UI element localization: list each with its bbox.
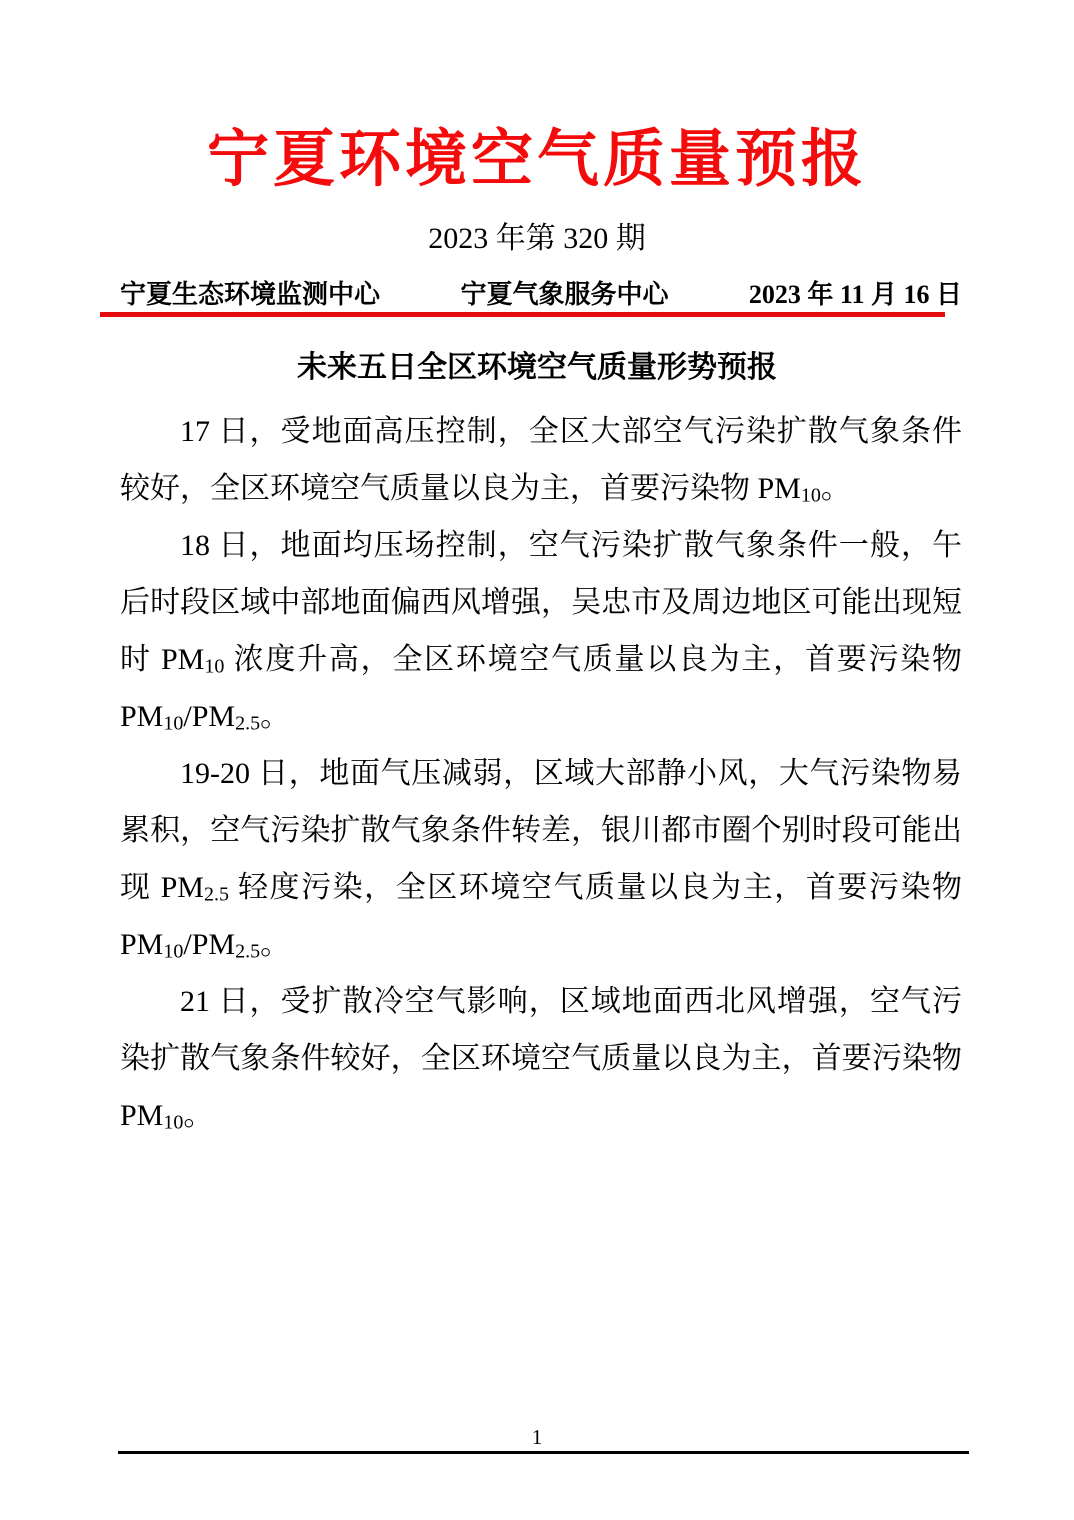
org-meteorological-center: 宁夏气象服务中心: [460, 278, 668, 312]
document-page: 宁夏环境空气质量预报 2023 年第 320 期 宁夏生态环境监测中心 宁夏气象…: [0, 0, 1074, 1520]
paragraph-day21: 21 日，受扩散冷空气影响，区域地面西北风增强，空气污染扩散气象条件较好，全区环…: [120, 973, 962, 1144]
page-title: 宁夏环境空气质量预报: [0, 120, 1074, 200]
page-number: 1: [0, 1424, 1074, 1450]
issue-number: 2023 年第 320 期: [0, 220, 1074, 258]
section-title: 未来五日全区环境空气质量形势预报: [0, 348, 1074, 388]
org-monitoring-center: 宁夏生态环境监测中心: [120, 278, 380, 312]
footer-rule: [118, 1451, 969, 1454]
paragraph-day17: 17 日，受地面高压控制，全区大部空气污染扩散气象条件较好，全区环境空气质量以良…: [120, 403, 962, 517]
header-row: 宁夏生态环境监测中心 宁夏气象服务中心 2023 年 11 月 16 日: [120, 278, 962, 312]
red-header-rule: [100, 312, 945, 317]
issue-date: 2023 年 11 月 16 日: [749, 278, 962, 312]
forecast-body: 17 日，受地面高压控制，全区大部空气污染扩散气象条件较好，全区环境空气质量以良…: [120, 403, 962, 1144]
paragraph-day18: 18 日，地面均压场控制，空气污染扩散气象条件一般，午后时段区域中部地面偏西风增…: [120, 517, 962, 745]
paragraph-day19-20: 19-20 日，地面气压减弱，区域大部静小风，大气污染物易累积，空气污染扩散气象…: [120, 745, 962, 973]
